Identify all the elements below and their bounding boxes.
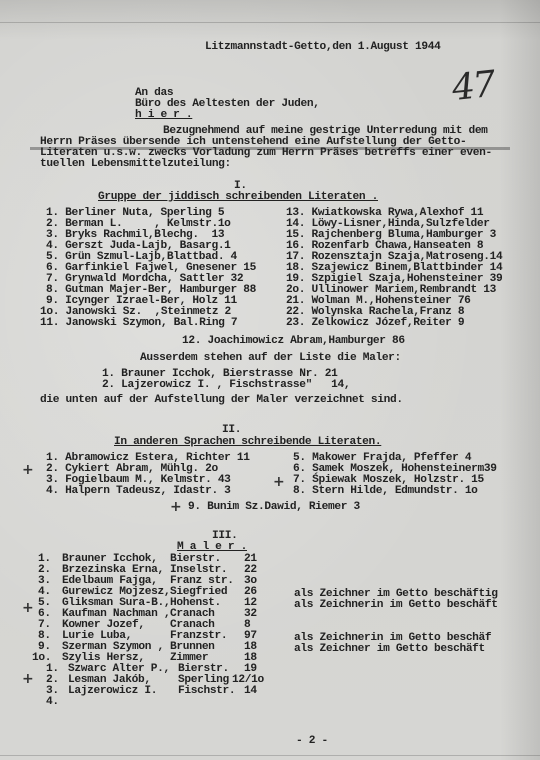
- margin-plus-mark: +: [22, 671, 34, 687]
- painter-house-number: 14: [244, 685, 257, 697]
- margin-plus-mark: +: [273, 474, 285, 490]
- list-item: 23. Zelkowicz Józef,Reiter 9: [286, 317, 464, 329]
- section-3-title: M a l e r .: [177, 541, 247, 553]
- margin-plus-mark: +: [22, 600, 34, 616]
- section-2-extra-entry: 9. Bunim Sz.Dawid, Riemer 3: [188, 501, 360, 513]
- page-number: - 2 -: [296, 735, 328, 747]
- section-1-extra-entry: 12. Joachimowicz Abram,Hamburger 86: [182, 335, 405, 347]
- list-item: 8. Stern Hilde, Edmundstr. 1o: [293, 485, 478, 497]
- intro-line-4: tuellen Lebensmittelzuteilung:: [40, 158, 231, 170]
- section-1-title: Gruppe der jiddisch schreibenden Literat…: [98, 191, 378, 203]
- list-item: 11. Janowski Szymon, Bal.Ring 7: [40, 317, 237, 329]
- painter-name: Lajzerowicz I.: [68, 685, 157, 697]
- margin-plus-mark: +: [170, 499, 182, 515]
- document-page: Litzmannstadt-Getto,den 1.August 1944 47…: [0, 0, 540, 760]
- address-line-3: h i e r .: [135, 109, 192, 121]
- employment-note: als Zeichnerin im Getto beschäft: [294, 599, 498, 611]
- scan-line: [0, 22, 540, 23]
- section-2-title: In anderen Sprachen schreibende Literate…: [114, 436, 381, 448]
- painter-item: 2. Lajzerowicz I. , Fischstrasse" 14,: [102, 379, 350, 391]
- painter-street: Fischstr.: [178, 685, 235, 697]
- section-2-numeral: II.: [222, 424, 241, 436]
- row-number: 4.: [46, 696, 59, 708]
- painters-note: Ausserdem stehen auf der Liste die Maler…: [140, 352, 401, 364]
- handwritten-folio-number: 47: [450, 64, 496, 109]
- scan-line: [0, 755, 540, 756]
- employment-note: als Zeichner im Getto beschäft: [294, 643, 485, 655]
- list-item: 4. Halpern Tadeusz, Idastr. 3: [46, 485, 231, 497]
- place-date: Litzmannstadt-Getto,den 1.August 1944: [205, 41, 440, 53]
- margin-plus-mark: +: [22, 462, 34, 478]
- section-1-closing: die unten auf der Aufstellung der Maler …: [40, 394, 403, 406]
- page-edge-shadow: [500, 0, 540, 760]
